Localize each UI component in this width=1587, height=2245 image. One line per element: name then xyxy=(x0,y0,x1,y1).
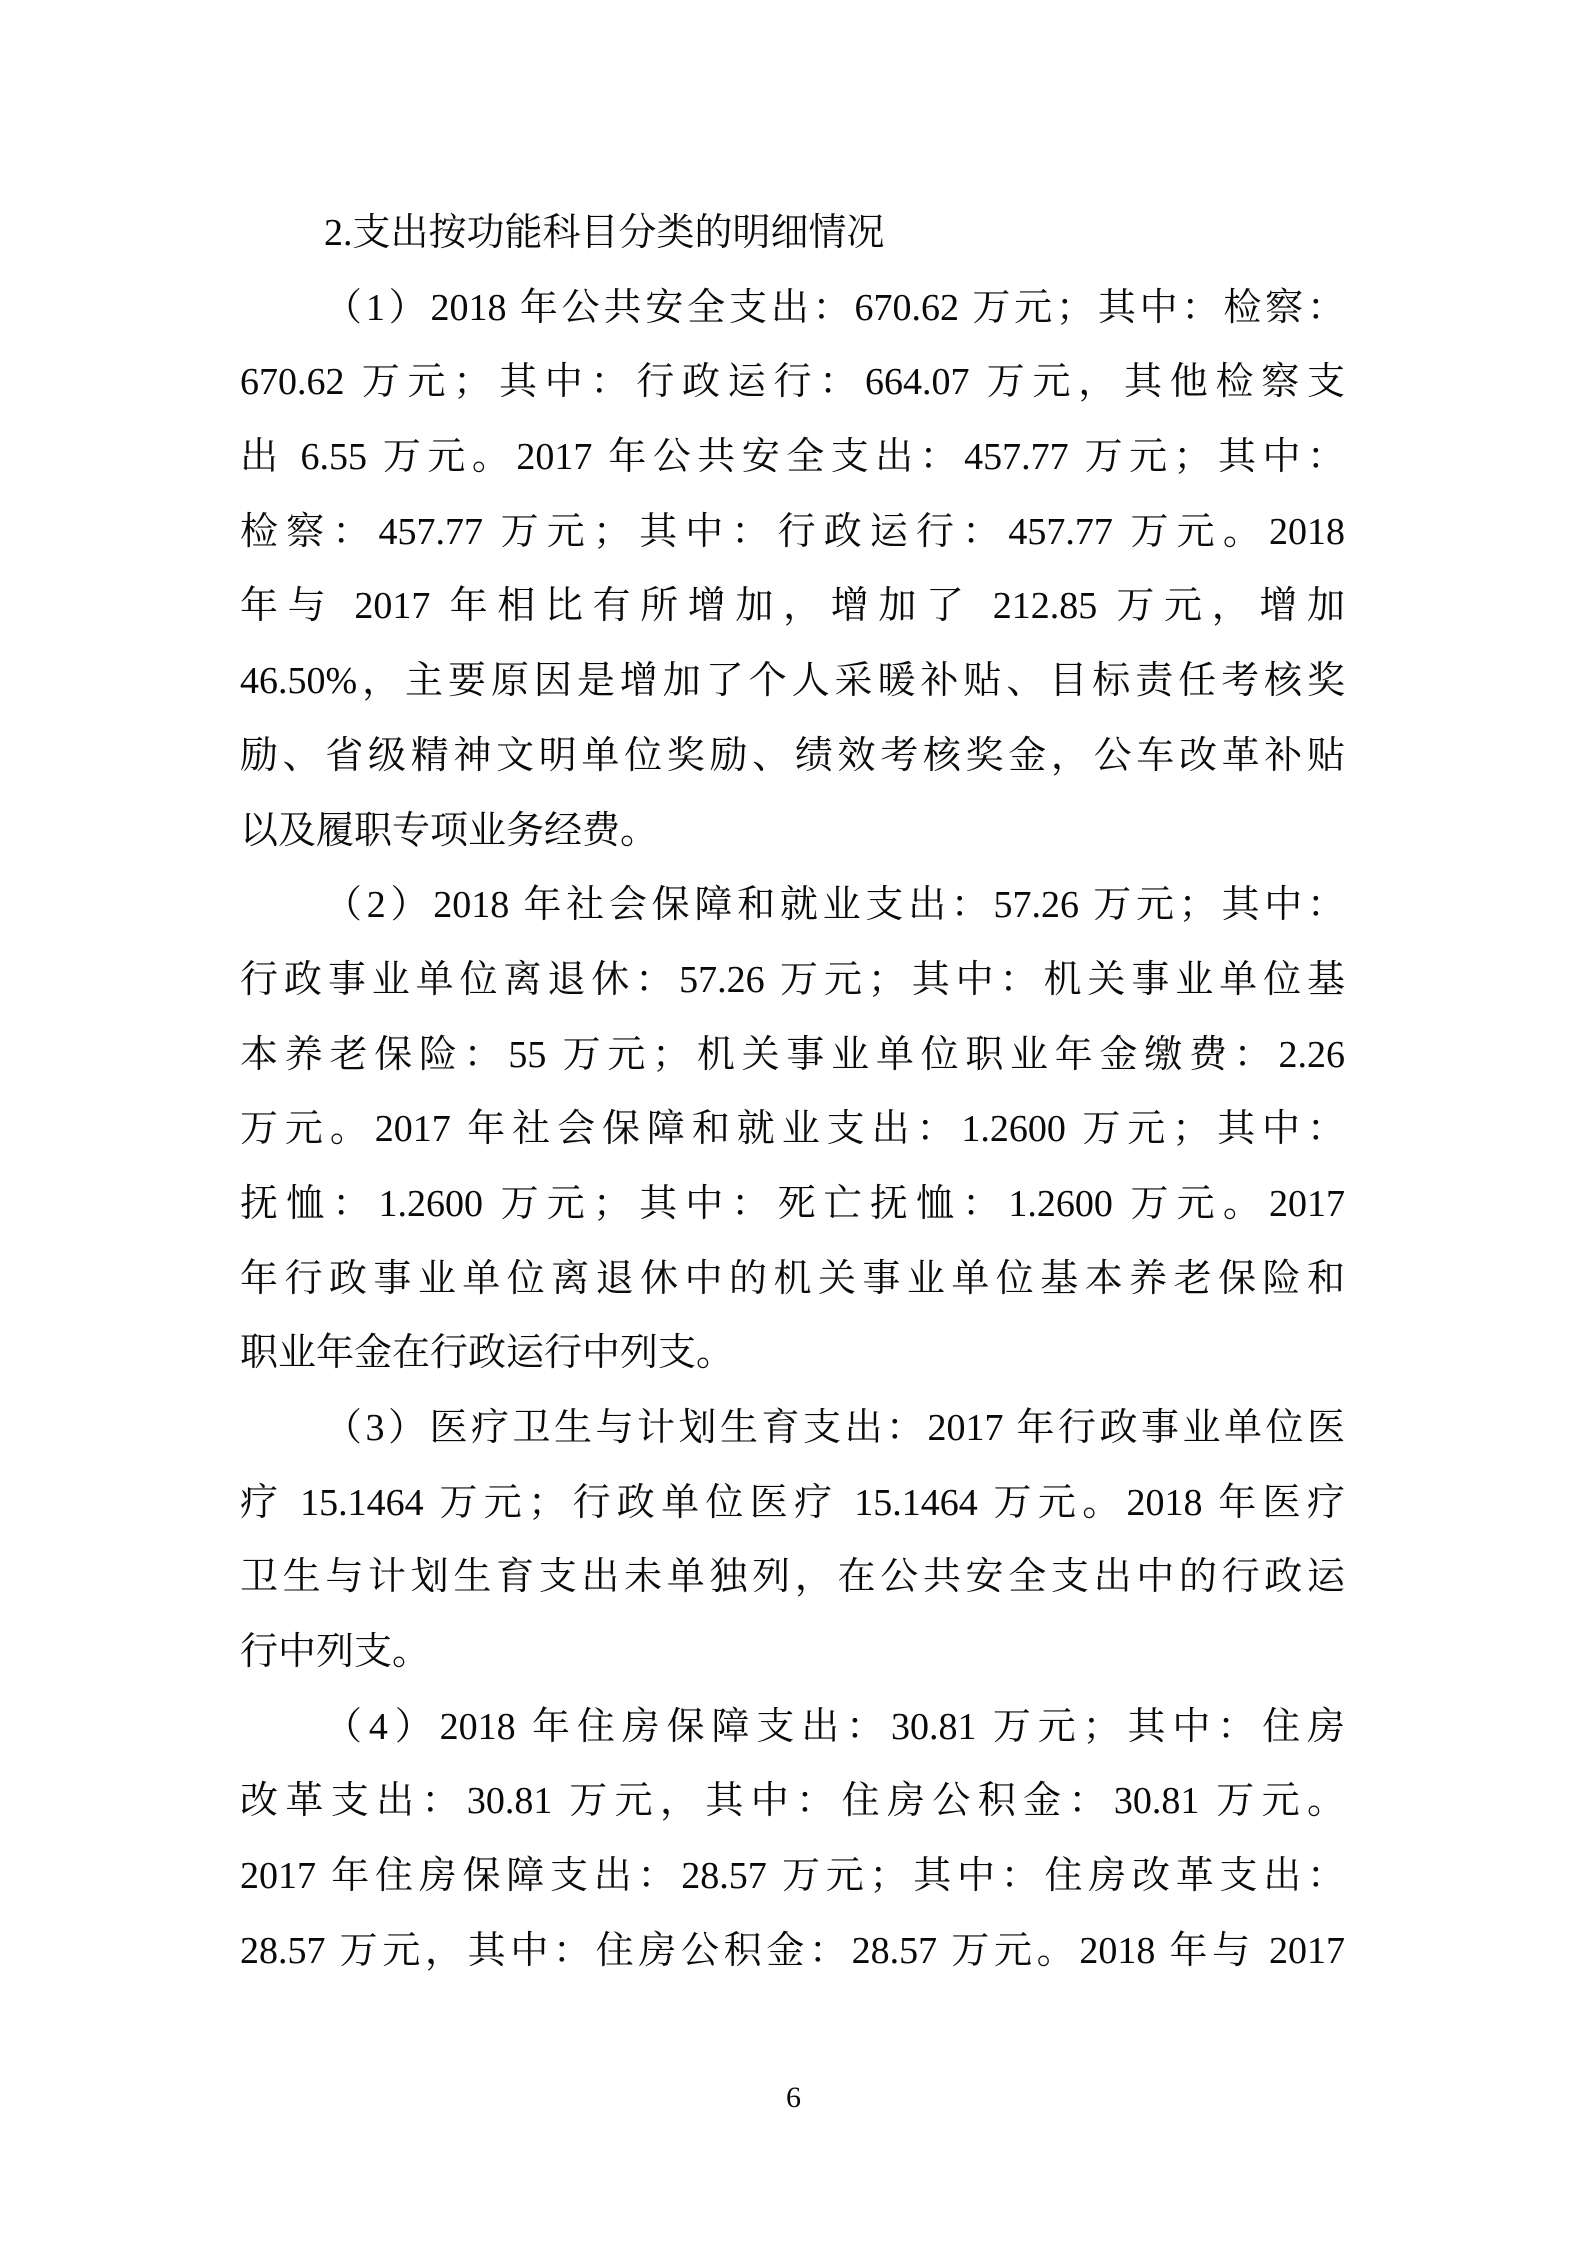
text-line: 励、省级精神文明单位奖励、绩效考核奖金，公车改革补贴 xyxy=(240,719,1345,794)
text-line: 疗 15.1464 万元；行政单位医疗 15.1464 万元。2018 年医疗 xyxy=(240,1466,1345,1541)
text-line: 行政事业单位离退休：57.26 万元；其中：机关事业单位基 xyxy=(240,943,1345,1018)
text-line: 出 6.55 万元。2017 年公共安全支出：457.77 万元；其中： xyxy=(240,420,1345,495)
text-line: 万元。2017 年社会保障和就业支出：1.2600 万元；其中： xyxy=(240,1092,1345,1167)
document-page: 2.支出按功能科目分类的明细情况 （1）2018 年公共安全支出：670.62 … xyxy=(0,0,1587,2245)
text-line: 改革支出：30.81 万元，其中：住房公积金：30.81 万元。 xyxy=(240,1764,1345,1839)
text-line: 抚恤：1.2600 万元；其中：死亡抚恤：1.2600 万元。2017 xyxy=(240,1167,1345,1242)
text-line: 2017 年住房保障支出：28.57 万元；其中：住房改革支出： xyxy=(240,1839,1345,1914)
text-line: （4）2018 年住房保障支出：30.81 万元；其中：住房 xyxy=(240,1690,1345,1765)
text-line: 检察：457.77 万元；其中：行政运行：457.77 万元。2018 xyxy=(240,495,1345,570)
text-line: 本养老保险：55 万元；机关事业单位职业年金缴费：2.26 xyxy=(240,1018,1345,1093)
text-line: 职业年金在行政运行中列支。 xyxy=(240,1316,1345,1391)
page-number: 6 xyxy=(0,2078,1587,2118)
text-line: （2）2018 年社会保障和就业支出：57.26 万元；其中： xyxy=(240,868,1345,943)
text-line: 28.57 万元，其中：住房公积金：28.57 万元。2018 年与 2017 xyxy=(240,1914,1345,1989)
text-line: 行中列支。 xyxy=(240,1615,1345,1690)
text-line: 年与 2017 年相比有所增加，增加了 212.85 万元，增加 xyxy=(240,569,1345,644)
text-line: 以及履职专项业务经费。 xyxy=(240,794,1345,869)
text-line: （3）医疗卫生与计划生育支出：2017 年行政事业单位医 xyxy=(240,1391,1345,1466)
text-line: （1）2018 年公共安全支出：670.62 万元；其中：检察： xyxy=(240,271,1345,346)
text-line: 年行政事业单位离退休中的机关事业单位基本养老保险和 xyxy=(240,1242,1345,1317)
section-heading: 2.支出按功能科目分类的明细情况 xyxy=(240,196,1345,271)
text-line: 46.50%，主要原因是增加了个人采暖补贴、目标责任考核奖 xyxy=(240,644,1345,719)
text-block: 2.支出按功能科目分类的明细情况 （1）2018 年公共安全支出：670.62 … xyxy=(240,196,1345,1989)
text-line: 卫生与计划生育支出未单独列，在公共安全支出中的行政运 xyxy=(240,1540,1345,1615)
text-line: 670.62 万元；其中：行政运行：664.07 万元，其他检察支 xyxy=(240,345,1345,420)
